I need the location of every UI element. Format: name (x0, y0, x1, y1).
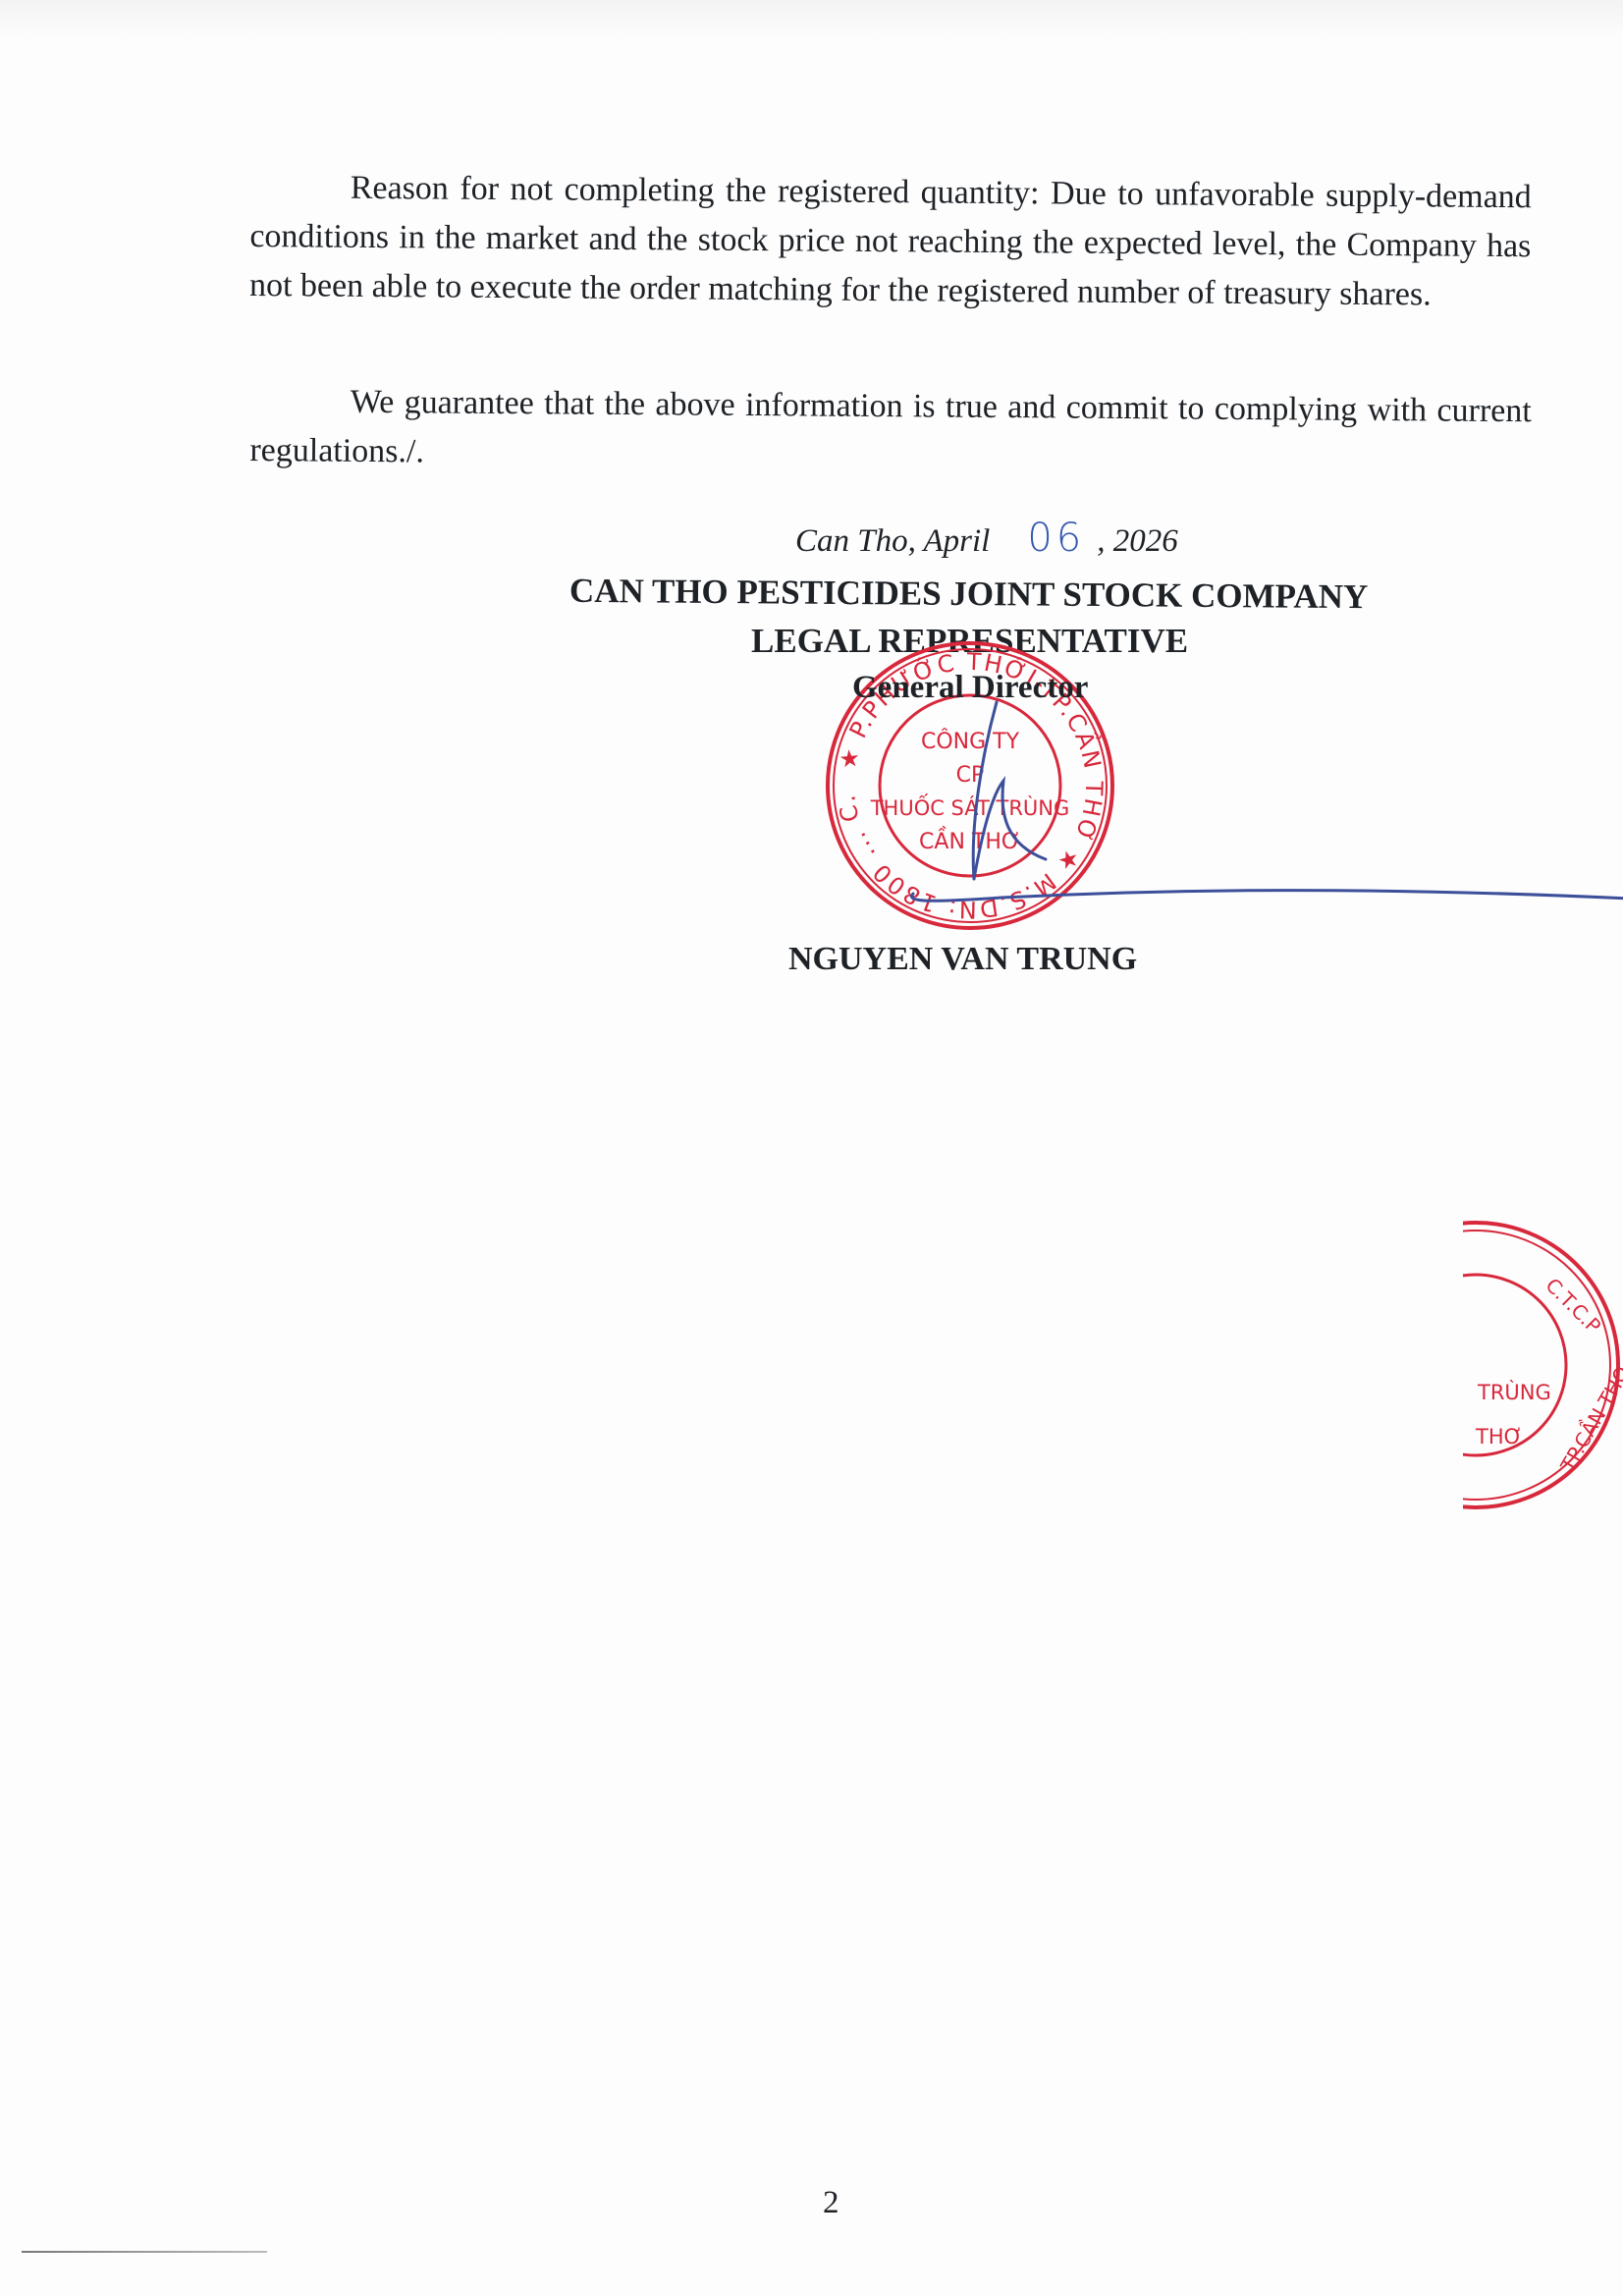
svg-text:THƠ: THƠ (1475, 1425, 1523, 1449)
handwritten-signature-icon (884, 687, 1623, 943)
date-suffix: , 2026 (1097, 523, 1178, 559)
scan-edge (0, 0, 1623, 39)
paragraph-reason: Reason for not completing the registered… (249, 163, 1532, 320)
paragraph-reason-text: Reason for not completing the registered… (249, 170, 1532, 313)
partial-seal-icon: TRÙNG THƠ C.T.C.P TP.CẦN THƠ (1463, 1218, 1623, 1512)
signer-name: NGUYEN VAN TRUNG (788, 941, 1137, 978)
paragraph-guarantee: We guarantee that the above information … (249, 377, 1532, 485)
paragraph-guarantee-text: We guarantee that the above information … (249, 384, 1532, 470)
date-prefix: Can Tho, April (795, 523, 990, 559)
date-line: Can Tho, April06, 2026 (795, 516, 1178, 561)
page-number: 2 (823, 2185, 839, 2221)
handwritten-day: 06 (1027, 516, 1085, 561)
svg-text:TRÙNG: TRÙNG (1477, 1380, 1551, 1404)
footer-rule (22, 2251, 267, 2253)
company-name: CAN THO PESTICIDES JOINT STOCK COMPANY (569, 572, 1369, 617)
